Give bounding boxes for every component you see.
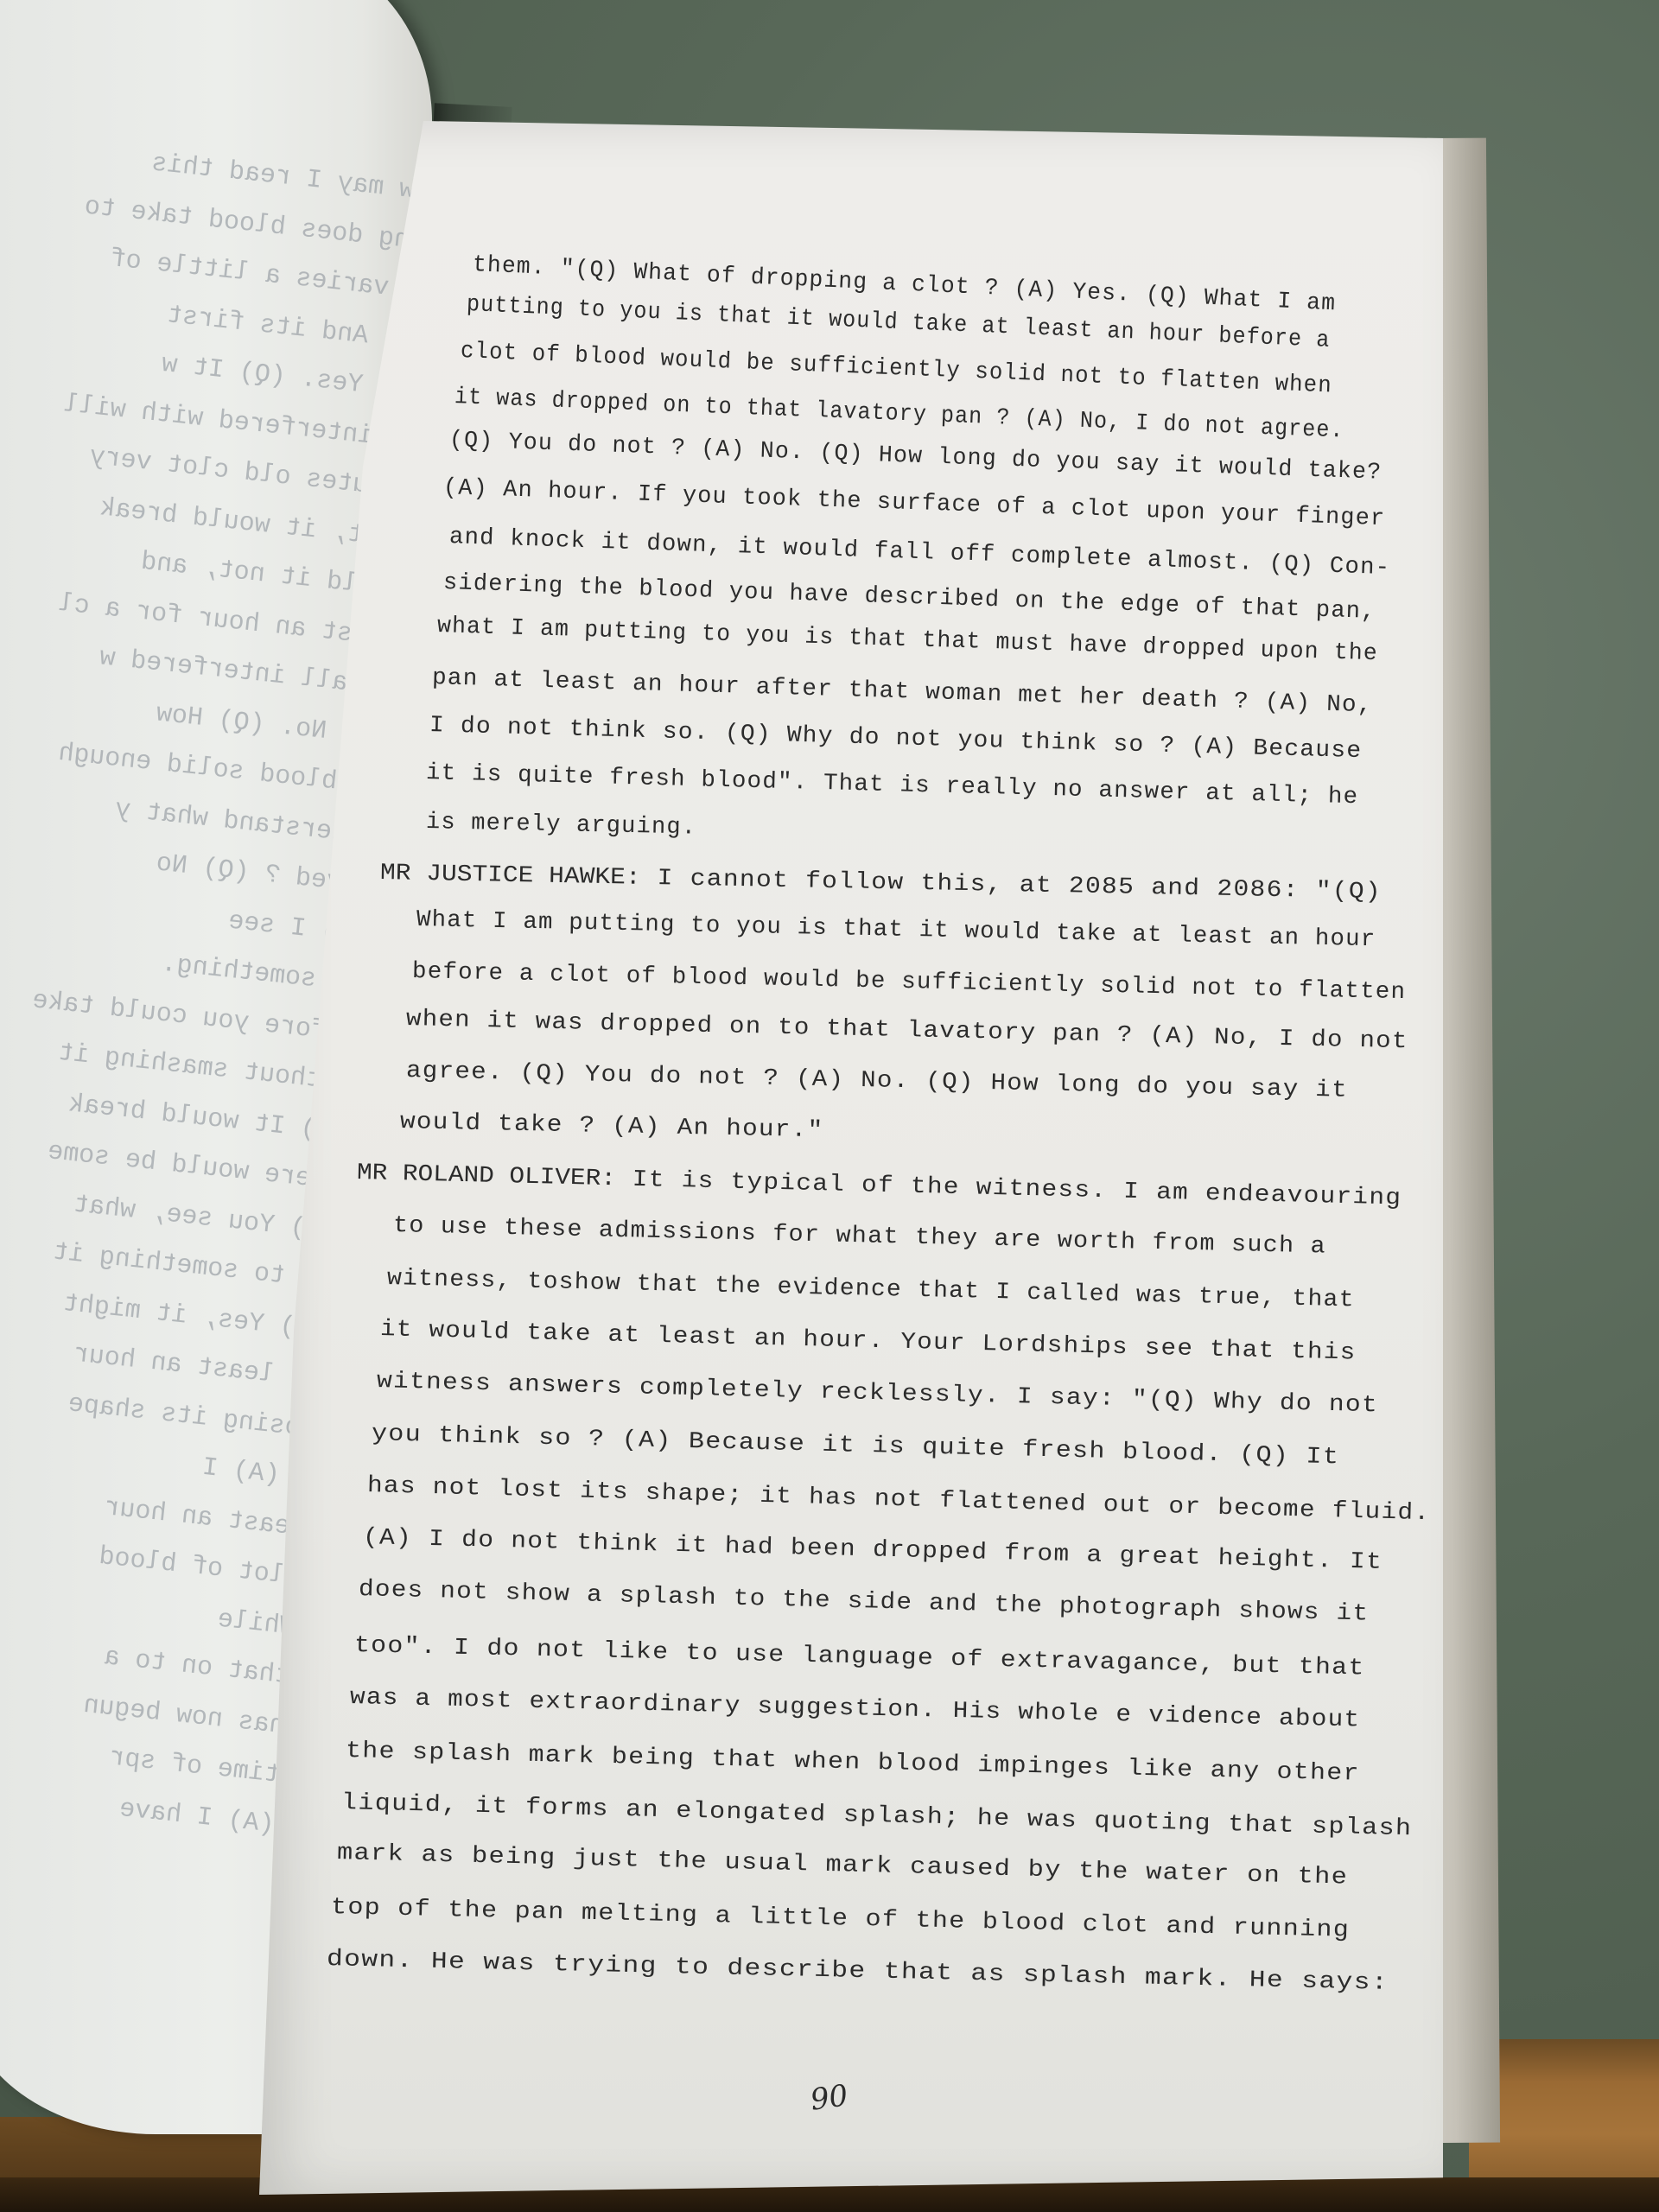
- transcript-line: has not lost its shape; it has not flatt…: [367, 1473, 1431, 1527]
- transcript-text: them. "(Q) What of dropping a clot ? (A)…: [0, 0, 1659, 2212]
- transcript-line: pan at least an hour after that woman me…: [432, 665, 1374, 719]
- transcript-line: too". I do not like to use language of e…: [354, 1633, 1365, 1682]
- transcript-line: (A) An hour. If you took the surface of …: [443, 475, 1386, 532]
- speaker-line: MR JUSTICE HAWKE: I cannot follow this, …: [380, 861, 1382, 906]
- transcript-line: when it was dropped on to that lavatory …: [406, 1007, 1408, 1055]
- transcript-line: I do not think so. (Q) Why do not you th…: [429, 713, 1363, 765]
- transcript-line: what I am putting to you is that that mu…: [437, 613, 1379, 667]
- transcript-line: down. He was trying to describe that as …: [327, 1947, 1389, 1997]
- transcript-line: liquid, it forms an elongated splash; he…: [341, 1790, 1413, 1842]
- transcript-line: mark as being just the usual mark caused…: [337, 1840, 1349, 1891]
- transcript-line: before a clot of blood would be sufficie…: [412, 959, 1407, 1006]
- transcript-line: it is quite fresh blood". That is really…: [426, 760, 1359, 810]
- transcript-line: is merely arguing.: [426, 810, 697, 842]
- page-number: 90: [808, 2078, 849, 2118]
- transcript-line: to use these admissions for what they ar…: [393, 1213, 1327, 1260]
- transcript-line: top of the pan melting a little of the b…: [331, 1895, 1351, 1944]
- transcript-line: witness answers completely recklessly. I…: [377, 1369, 1379, 1419]
- transcript-line: you think so ? (A) Because it is quite f…: [372, 1421, 1340, 1471]
- speaker-label: MR JUSTICE HAWKE:: [380, 861, 641, 892]
- transcript-line: the splash mark being that when blood im…: [346, 1738, 1360, 1788]
- transcript-line: does not show a splash to the side and t…: [359, 1577, 1370, 1628]
- transcript-line: was a most extraordinary suggestion. His…: [350, 1685, 1361, 1734]
- transcript-line: (A) I do not think it had been dropped f…: [363, 1525, 1383, 1576]
- transcript-line: and knock it down, it would fall off com…: [449, 524, 1391, 582]
- transcript-line: agree. (Q) You do not ? (A) No. (Q) How …: [406, 1058, 1348, 1104]
- speaker-label: MR ROLAND OLIVER:: [357, 1160, 617, 1192]
- transcript-line: What I am putting to you is that it woul…: [416, 907, 1376, 953]
- speaker-line: MR ROLAND OLIVER: It is typical of the w…: [357, 1160, 1402, 1212]
- transcript-line: witness, toshow that the evidence that I…: [387, 1266, 1355, 1313]
- transcript-line: it would take at least an hour. Your Lor…: [380, 1317, 1357, 1367]
- transcript-line: would take ? (A) An hour.": [400, 1109, 824, 1144]
